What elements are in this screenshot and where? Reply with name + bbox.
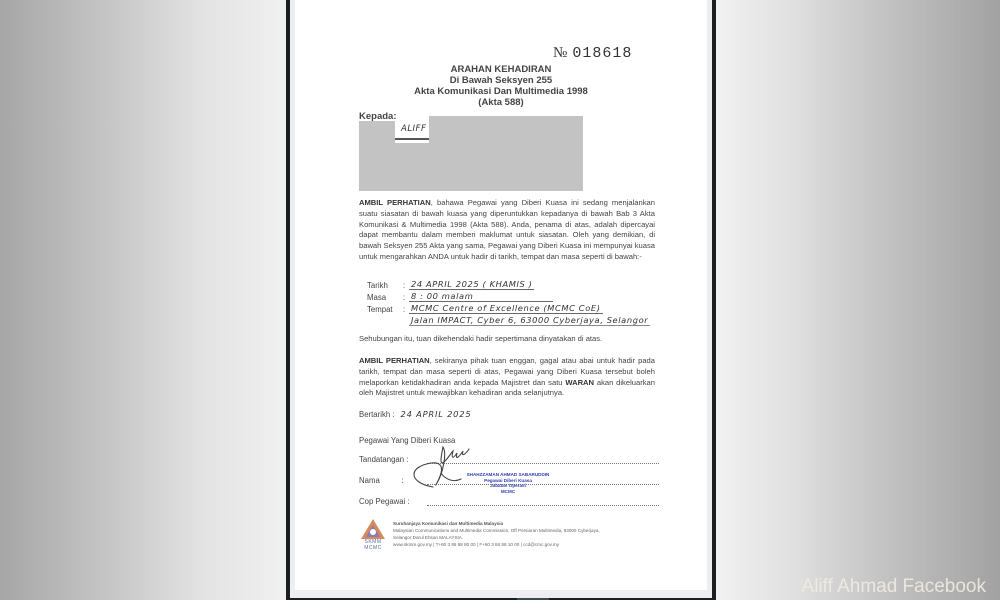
bertarikh-value: 24 APRIL 2025: [401, 409, 472, 419]
title-line: (Akta 588): [295, 97, 707, 108]
footer-org-name: Suruhanjaya Komunikasi dan Multimedia Ma…: [393, 520, 633, 527]
recipient-underline: [395, 138, 429, 140]
serial-value: 018618: [572, 45, 632, 62]
stamp-line: MCMC: [463, 489, 553, 495]
bertarikh-row: Bertarikh : 24 APRIL 2025: [359, 409, 471, 419]
document-title: ARAHAN KEHADIRAN Di Bawah Seksyen 255 Ak…: [295, 64, 707, 108]
tarikh-label: Tarikh: [367, 281, 403, 290]
logo-text-mcmc: MCMC: [355, 545, 391, 551]
title-line: Di Bawah Seksyen 255: [295, 75, 707, 86]
masa-label: Masa: [367, 293, 403, 302]
logo-text: SKMM MCMC: [355, 539, 391, 551]
tempat-label: Tempat: [367, 305, 403, 314]
tempat-value-line2: Jalan IMPACT, Cyber 6, 63000 Cyberjaya, …: [409, 315, 650, 326]
footer-address: Suruhanjaya Komunikasi dan Multimedia Ma…: [393, 520, 633, 548]
tempat-value-line1: MCMC Centre of Excellence (MCMC CoE): [409, 303, 603, 314]
field-masa: Masa : 8 : 00 malam: [367, 291, 553, 302]
footer-address-line: Selangor Darul Ehsan MALAYSIA.: [393, 534, 633, 541]
document-page: №018618 ARAHAN KEHADIRAN Di Bawah Seksye…: [295, 0, 707, 590]
field-tarikh: Tarikh : 24 APRIL 2025 ( KHAMIS ): [367, 279, 534, 290]
numero-symbol: №: [553, 45, 568, 61]
officer-stamp: SHAHZZAMAN AHMAD SABARUDDIN Pegawai Dibe…: [463, 472, 553, 494]
waran-bold: WARAN: [565, 378, 594, 387]
skmm-logo: SKMM MCMC: [355, 517, 391, 553]
bertarikh-label: Bertarikh :: [359, 410, 395, 419]
tarikh-value: 24 APRIL 2025 ( KHAMIS ): [409, 279, 534, 290]
field-tempat-continued: Jalan IMPACT, Cyber 6, 63000 Cyberjaya, …: [409, 315, 650, 326]
skmm-triangle-logo-icon: [361, 519, 385, 539]
recipient-name: ALIFF: [401, 124, 426, 134]
document-frame: №018618 ARAHAN KEHADIRAN Di Bawah Seksye…: [286, 0, 716, 600]
dotted-line: [427, 498, 659, 506]
watermark-credit: Aliff Ahmad Facebook: [802, 576, 986, 598]
notice-lead: AMBIL PERHATIAN: [359, 356, 430, 365]
notice-paragraph-1: AMBIL PERHATIAN, bahawa Pegawai yang Dib…: [359, 198, 655, 263]
notice-body: , bahawa Pegawai yang Diberi Kuasa ini s…: [359, 198, 655, 261]
notice-paragraph-3: AMBIL PERHATIAN, sekiranya pihak tuan en…: [359, 356, 655, 399]
redaction-block: [429, 116, 583, 191]
field-tempat: Tempat : MCMC Centre of Excellence (MCMC…: [367, 303, 603, 314]
title-line: ARAHAN KEHADIRAN: [295, 64, 707, 75]
footer-contact-line: www.skmm.gov.my | T+60 3 86 88 80 00 | F…: [393, 541, 633, 548]
redaction-block: [395, 143, 429, 191]
document-backing: №018618 ARAHAN KEHADIRAN Di Bawah Seksye…: [290, 0, 712, 598]
stamp-line: SHAHZZAMAN AHMAD SABARUDDIN: [463, 472, 553, 478]
serial-number: №018618: [553, 45, 632, 62]
notice-lead: AMBIL PERHATIAN: [359, 198, 431, 207]
redaction-block: [359, 121, 395, 191]
masa-value: 8 : 00 malam: [409, 291, 553, 302]
footer-address-line: Malaysian Communications and Multimedia …: [393, 527, 633, 534]
notice-paragraph-2: Sehubungan itu, tuan dikehendaki hadir s…: [359, 334, 655, 345]
title-line: Akta Komunikasi Dan Multimedia 1998: [295, 86, 707, 97]
